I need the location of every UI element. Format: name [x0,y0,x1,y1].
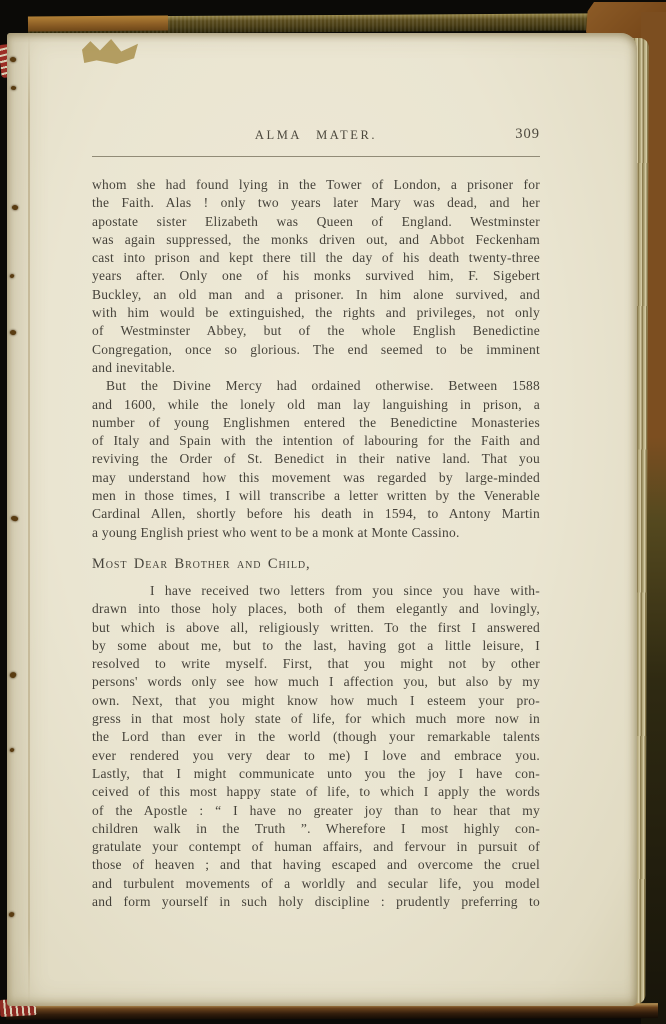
stitch-mark [10,85,16,91]
text-line: the Lord than ever in the world (though … [92,728,540,746]
text-column: ALMA MATER. 309 whom she had found lying… [92,33,540,911]
running-header: ALMA MATER. 309 [92,128,540,146]
stitch-mark [10,515,18,522]
text-line: ever rendered you very dear to me) I lov… [92,747,540,765]
scanned-book-page: ALMA MATER. 309 whom she had found lying… [0,0,666,1024]
text-line: Congregation, once so glorious. The end … [92,341,540,359]
text-line: may understand how this movement was reg… [92,469,540,487]
text-line: apostate sister Elizabeth was Queen of E… [92,213,540,231]
binding-crease [28,33,30,1006]
stitch-mark [9,747,14,752]
text-line: reviving the Order of St. Benedict in th… [92,450,540,468]
paragraph: whom she had found lying in the Tower of… [92,176,540,377]
page-number: 309 [515,126,540,143]
text-line: ceived of this most happy state of life,… [92,783,540,801]
stitch-mark [9,273,14,278]
text-line: whom she had found lying in the Tower of… [92,176,540,194]
stitch-mark [9,329,16,336]
text-line: I have received two letters from you sin… [92,582,540,600]
text-line: persons' words only see how much I affec… [92,673,540,691]
text-line: with him would be extinguished, the righ… [92,304,540,322]
header-rule [92,156,540,157]
book-page: ALMA MATER. 309 whom she had found lying… [7,33,637,1006]
text-line: gress in that most holy state of life, f… [92,710,540,728]
text-line: and 1600, while the lonely old man lay l… [92,396,540,414]
text-line: of Italy and Spain with the intention of… [92,432,540,450]
page-title: ALMA MATER. [92,128,540,143]
paragraph: I have received two letters from you sin… [92,582,540,911]
text-line: of Westminster Abbey, but of the whole E… [92,322,540,340]
text-line: and inevitable. [92,359,540,377]
stitch-mark [11,204,18,211]
text-line: number of young Englishmen entered the B… [92,414,540,432]
text-line: Lastly, that I might communicate unto yo… [92,765,540,783]
text-line: own. Next, that you might know how much … [92,692,540,710]
text-line: Cardinal Allen, shortly before his death… [92,505,540,523]
stitch-mark [8,911,15,918]
text-line: but which is above all, religiously writ… [92,619,540,637]
text-line: and form yourself in such holy disciplin… [92,893,540,911]
stitch-mark [9,56,16,63]
body-text: whom she had found lying in the Tower of… [92,176,540,911]
text-line: the Faith. Alas ! only two years later M… [92,194,540,212]
stitch-mark [9,671,17,679]
text-line: drawn into those holy places, both of th… [92,600,540,618]
text-line: a young English priest who went to be a … [92,524,540,542]
text-line: of the Apostle : “ I have no greater joy… [92,802,540,820]
book-cover-top-edge-brown [28,16,168,32]
text-line: But the Divine Mercy had ordained otherw… [92,377,540,395]
text-line: was again suppressed, the monks driven o… [92,231,540,249]
text-line: by some about me, but to the last, havin… [92,637,540,655]
text-line: resolved to write myself. First, that yo… [92,655,540,673]
text-line: cast into prison and kept there till the… [92,249,540,267]
text-line: gratulate your contempt of human affairs… [92,838,540,856]
text-line: and turbulent movements of a worldly and… [92,875,540,893]
text-line: men in those times, I will transcribe a … [92,487,540,505]
paragraph: But the Divine Mercy had ordained otherw… [92,377,540,542]
letter-salutation: Most Dear Brother and Child, [92,556,540,573]
text-line: Buckley, an old man and a prisoner. In h… [92,286,540,304]
text-line: those of heaven ; and that having escape… [92,856,540,874]
text-line: children walk in the Truth ”. Wherefore … [92,820,540,838]
text-line: years after. Only one of his monks survi… [92,267,540,285]
